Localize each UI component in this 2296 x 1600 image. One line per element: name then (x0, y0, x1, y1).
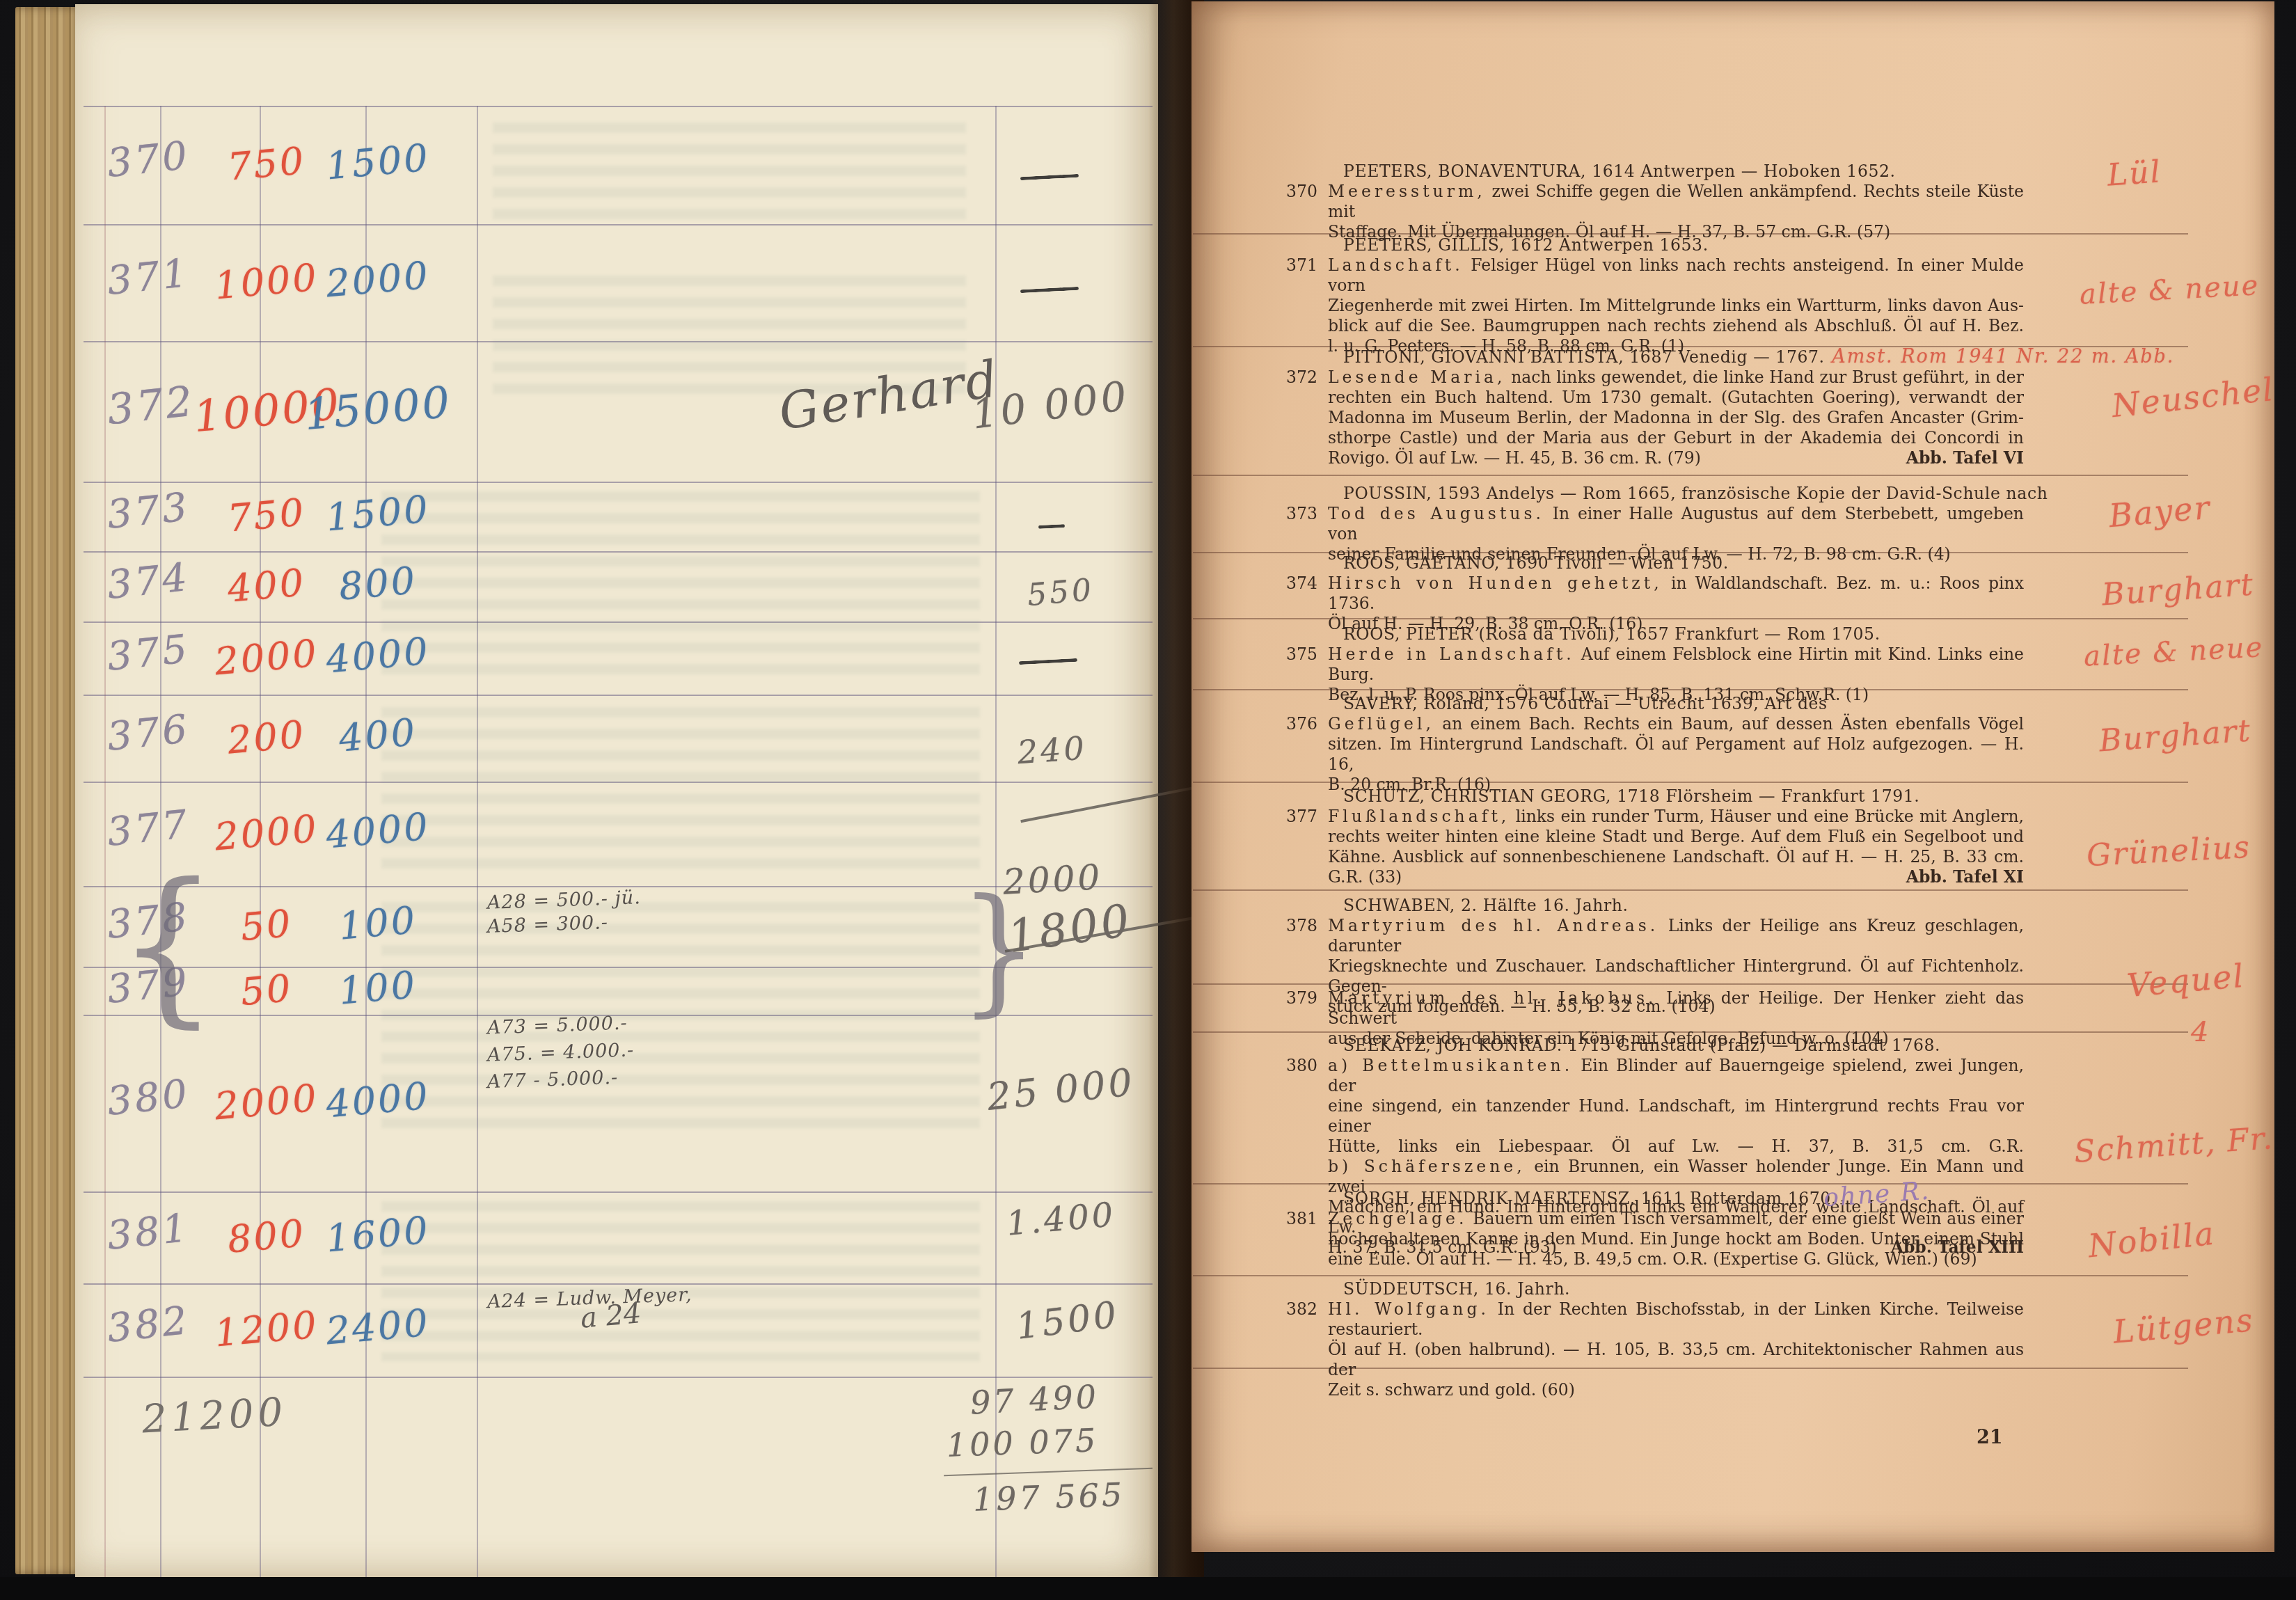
entry-text-line: sthorpe Castle) und der Maria aus der Ge… (1328, 428, 2024, 448)
ledger-hammer-price: 550 (1026, 572, 1095, 613)
entry-text-line: 371Landschaft. Felsiger Hügel von links … (1328, 255, 2024, 296)
margin-buyer-name: Nobilla (2087, 1214, 2217, 1265)
book-fore-edge (15, 7, 82, 1574)
catalog-entry: SAVERY, Roland, 1576 Coutrai — Utrecht 1… (1328, 694, 2024, 795)
entry-text-line: Hütte, links ein Liebespaar. Öl auf Lw. … (1328, 1136, 2024, 1157)
ledger-sum-line: 97 490 (969, 1377, 1100, 1422)
entry-title: Hl. Wolfgang. (1328, 1299, 1489, 1319)
entry-header: ROOS, GAETANO, 1690 Tivoli — Wien 1750. (1328, 553, 2024, 573)
margin-buyer-name: Lül (2106, 154, 2162, 193)
entry-header: SEEKATZ, JOH KONRAD. 1713 Grünstadt (Pfa… (1328, 1036, 2024, 1056)
entry-text-line: 376Geflügel, an einem Bach. Rechts ein B… (1328, 714, 2024, 734)
entry-text-line: 375Herde in Landschaft. Auf einem Felsbl… (1328, 644, 2024, 685)
entry-text-line: Rovigo. Öl auf Lw. — H. 45, B. 36 cm. R.… (1328, 448, 2024, 468)
entry-text-line: 379Martyrium des hl. Jakobus. Links der … (1328, 988, 2024, 1029)
cover-bottom-edge (0, 1577, 2296, 1600)
ledger-mid-note: a 24 (579, 1297, 642, 1334)
entry-title: Meeressturm, (1328, 182, 1486, 201)
ledger-page: 3707501500371100020003721000015000373750… (75, 4, 1158, 1578)
entry-text-line: 382Hl. Wolfgang. In der Rechten Bischofs… (1328, 1299, 2024, 1340)
ledger-hammer-price: 1500 (1014, 1294, 1122, 1348)
entry-title: Zechgelage. (1328, 1209, 1467, 1228)
ledger-lot-number: 376 (105, 706, 192, 760)
margin-buyer-name: 4 (2191, 1016, 2210, 1048)
margin-buyer-name: Bayer (2107, 489, 2212, 535)
entry-title: Flußlandschaft, (1328, 807, 1510, 826)
ledger-row-rule (84, 106, 1153, 107)
entry-text-line: 374Hirsch von Hunden gehetzt, in Waldlan… (1328, 573, 2024, 614)
entry-lot-number: 376 (1286, 714, 1321, 734)
entry-text-line: 381Zechgelage. Bauern um einen Tisch ver… (1328, 1209, 2024, 1229)
ledger-limit-total: 21200 (141, 1390, 287, 1443)
entry-lot-number: 371 (1286, 255, 1321, 276)
entry-lot-number: 372 (1286, 367, 1321, 388)
entry-header: PEETERS, BONAVENTURA, 1614 Antwerpen — H… (1328, 161, 2024, 182)
entry-title: Landschaft. (1328, 255, 1464, 275)
ledger-lot-number: 375 (105, 626, 192, 680)
margin-buyer-name: Schmitt, Fr. (2073, 1120, 2275, 1170)
entry-text-line: eine singend, ein tanzender Hund. Landsc… (1328, 1096, 2024, 1136)
entry-title: Herde in Landschaft. (1328, 644, 1575, 664)
ledger-result-dash (1020, 287, 1079, 293)
entry-lot-number: 377 (1286, 807, 1321, 827)
entry-text-line: 378Martyrium des hl. Andreas. Links der … (1328, 916, 2024, 956)
entry-text-line: 370Meeressturm, zwei Schiffe gegen die W… (1328, 182, 2024, 222)
entry-header: ROOS, PIETER (Rosa da Tivoli), 1657 Fran… (1328, 624, 2024, 644)
entry-title: Martyrium des hl. Jakobus. (1328, 988, 1656, 1008)
entry-header: PEETERS, GILLIS, 1612 Antwerpen 1653. (1328, 235, 2024, 255)
ledger-row-rule (84, 224, 1153, 225)
margin-buyer-name: Lütgens (2112, 1301, 2255, 1350)
entry-lot-number: 381 (1286, 1209, 1321, 1229)
margin-buyer-name: alte & neue (2079, 269, 2260, 310)
entry-text-line: Madonna im Museum Berlin, der Madonna in… (1328, 408, 2024, 428)
entry-header: SCHWABEN, 2. Hälfte 16. Jahrh. (1328, 896, 2024, 916)
ledger-lot-number: 381 (105, 1205, 192, 1259)
entry-lot-number: 379 (1286, 988, 1321, 1008)
catalog-entry: SCHÜTZ, CHRISTIAN GEORG, 1718 Flörsheim … (1328, 786, 2024, 887)
ledger-row-rule (84, 1191, 1153, 1193)
margin-buyer-name: Vequel (2125, 957, 2246, 1005)
margin-buyer-name: Burghart (2100, 567, 2255, 612)
entry-header: SÜDDEUTSCH, 16. Jahrh. (1328, 1279, 2024, 1299)
entry-plate-reference: Abb. Tafel VI (1906, 448, 2024, 468)
catalog-entry: ROOS, GAETANO, 1690 Tivoli — Wien 1750.3… (1328, 553, 2024, 634)
entry-text-line: eine Eule. Öl auf H. — H. 45, B. 49,5 cm… (1328, 1249, 2024, 1269)
ledger-column-rule (995, 106, 997, 1581)
ledger-lot-number: 377 (105, 802, 192, 855)
ledger-lot-number: 371 (105, 251, 192, 304)
entry-title: b) Schäferszene, (1328, 1157, 1526, 1176)
ledger-lot-number: 382 (105, 1298, 192, 1352)
entry-lot-number: 380 (1286, 1056, 1321, 1076)
entry-lot-number: 373 (1286, 504, 1321, 524)
catalog-entry: SÜDDEUTSCH, 16. Jahrh.382Hl. Wolfgang. I… (1328, 1279, 2024, 1400)
ledger-hammer-price: 25 000 (985, 1060, 1137, 1119)
ledger-lot-number: 373 (105, 484, 192, 538)
ledger-result-dash (1020, 174, 1079, 180)
entry-lot-number: 375 (1286, 644, 1321, 665)
entry-text-line: sitzen. Im Hintergrund Landschaft. Öl au… (1328, 734, 2024, 775)
ledger-sum-line: 100 075 (946, 1421, 1099, 1464)
ledger-row-rule (84, 482, 1153, 483)
entry-title: Lesende Maria, (1328, 367, 1506, 387)
ledger-sum-total: 197 565 (972, 1475, 1125, 1519)
ledger-lot-number: 370 (105, 133, 192, 187)
margin-buyer-name: Burghart (2098, 713, 2252, 759)
catalog-page: 21 PEETERS, BONAVENTURA, 1614 Antwerpen … (1191, 1, 2274, 1552)
ledger-pencil-note: A77 - 5.000.- (487, 1067, 619, 1093)
entry-text-line: rechten ein Buch haltend. Um 1730 gemalt… (1328, 388, 2024, 408)
entry-separator (1193, 475, 2188, 476)
catalog-entry: PEETERS, BONAVENTURA, 1614 Antwerpen — H… (1328, 161, 2024, 242)
ledger-result-dash (1038, 524, 1065, 529)
entry-lot-number: 382 (1286, 1299, 1321, 1320)
margin-buyer-name: Neuschel (2110, 370, 2276, 425)
entry-text-line: rechts weiter hinten eine kleine Stadt u… (1328, 827, 2024, 847)
ledger-result-dash (1019, 658, 1077, 665)
entry-exhibition-note-red: Amst. Rom 1941 Nr. 22 m. Abb. (1825, 346, 2175, 367)
book-scan: 3707501500371100020003721000015000373750… (0, 0, 2296, 1600)
catalog-entry: ROOS, PIETER (Rosa da Tivoli), 1657 Fran… (1328, 624, 2024, 705)
ledger-hammer-price: 1.400 (1005, 1195, 1118, 1244)
page-number: 21 (1977, 1427, 2003, 1448)
entry-text-line: Kähne. Ausblick auf sonnenbeschienene La… (1328, 847, 2024, 867)
catalog-entry: PITTONI, GIOVANNI BATTISTA, 1687 Venedig… (1328, 347, 2024, 468)
margin-buyer-name: alte & neue (2083, 631, 2264, 672)
entry-lot-number: 370 (1286, 182, 1321, 202)
entry-plate-reference: Abb. Tafel XI (1906, 867, 2024, 887)
catalog-entry: POUSSIN, 1593 Andelys — Rom 1665, franzö… (1328, 484, 2024, 564)
entry-text-line: Zeit s. schwarz und gold. (60) (1328, 1380, 2024, 1400)
catalog-entry: PEETERS, GILLIS, 1612 Antwerpen 1653.371… (1328, 235, 2024, 356)
entry-title: Geflügel, (1328, 714, 1434, 734)
ledger-column-rule (104, 106, 106, 1581)
entry-title: Tod des Augustus. (1328, 504, 1544, 523)
entry-header: PITTONI, GIOVANNI BATTISTA, 1687 Venedig… (1328, 347, 2024, 367)
ledger-row-rule (84, 1377, 1153, 1378)
entry-separator (1193, 1275, 2188, 1276)
bleed-through-text (493, 122, 966, 220)
margin-buyer-name: Grünelius (2086, 830, 2251, 873)
entry-header: SAVERY, Roland, 1576 Coutrai — Utrecht 1… (1328, 694, 2024, 714)
ledger-lot-number: 374 (105, 555, 192, 608)
entry-text-line: blick auf die See. Baumgruppen nach rech… (1328, 316, 2024, 336)
entry-title: Hirsch von Hunden gehetzt, (1328, 573, 1663, 593)
ledger-lot-number: 380 (105, 1071, 192, 1125)
entry-text-line: Öl auf H. (oben halbrund). — H. 105, B. … (1328, 1340, 2024, 1380)
entry-text-line: G.R. (33)Abb. Tafel XI (1328, 867, 2024, 887)
entry-title: a) Bettelmusikanten. (1328, 1056, 1573, 1075)
ledger-pencil-note: A58 = 300.- (487, 912, 609, 937)
ledger-row-rule (84, 695, 1153, 696)
entry-text-line: Ziegenherde mit zwei Hirten. Im Mittelgr… (1328, 296, 2024, 316)
entry-text-line: 372Lesende Maria, nach links gewendet, d… (1328, 367, 2024, 388)
entry-text-line: 380a) Bettelmusikanten. Ein Blinder auf … (1328, 1056, 2024, 1096)
entry-title: Martyrium des hl. Andreas. (1328, 916, 1658, 935)
entry-text-line: hochgehaltenen Kanne in den Mund. Ein Ju… (1328, 1229, 2024, 1249)
entry-separator (1193, 889, 2188, 891)
entry-lot-number: 378 (1286, 916, 1321, 936)
entry-lot-number: 374 (1286, 573, 1321, 594)
ledger-pair-brace-left: { (117, 848, 219, 1043)
entry-header: SCHÜTZ, CHRISTIAN GEORG, 1718 Flörsheim … (1328, 786, 2024, 807)
entry-header: POUSSIN, 1593 Andelys — Rom 1665, franzö… (1328, 484, 2024, 504)
entry-text-line: 373Tod des Augustus. In einer Halle Augu… (1328, 504, 2024, 544)
entry-text-line: 377Flußlandschaft, links ein runder Turm… (1328, 807, 2024, 827)
